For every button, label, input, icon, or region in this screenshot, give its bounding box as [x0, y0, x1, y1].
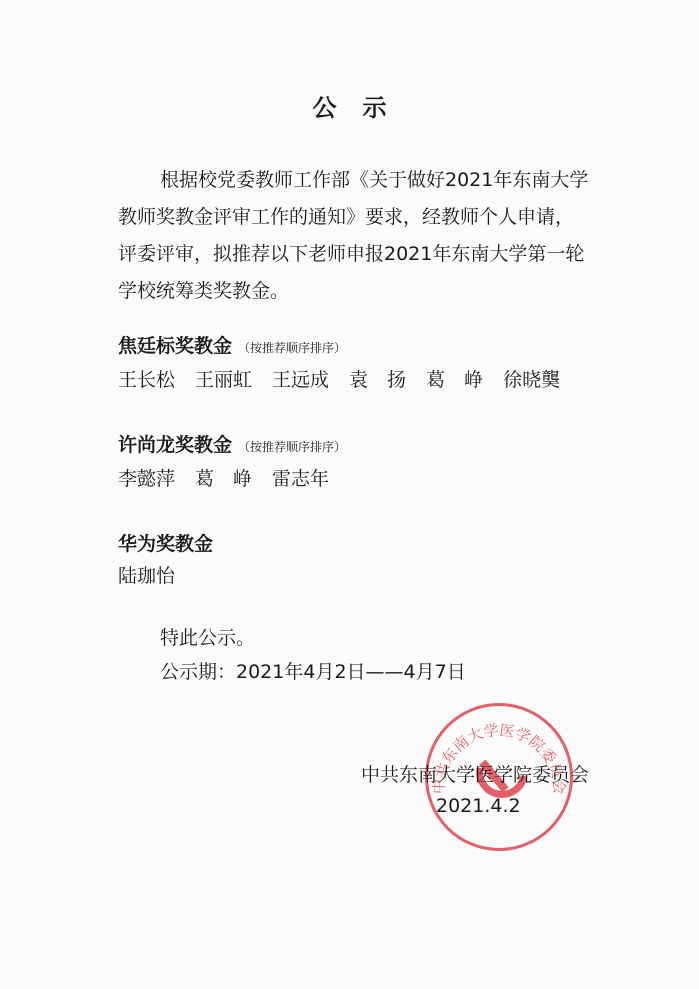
intro-line-3: 评委评审，拟推荐以下老师申报2021年东南大学第一轮: [118, 236, 608, 273]
signature-org: 中共东南大学医学院委员会: [361, 760, 589, 787]
name-item: 徐晓龑: [503, 369, 560, 391]
name-item: 雷志年: [272, 468, 329, 490]
name-item: 李懿萍: [118, 468, 175, 490]
document-title: 公示: [0, 88, 699, 123]
name-item: 袁 扬: [349, 369, 406, 391]
name-item: 王丽虹: [195, 369, 252, 391]
name-list: 陆珈怡: [118, 559, 213, 593]
intro-line-1: 根据校党委教师工作部《关于做好2021年东南大学: [118, 162, 608, 199]
name-list: 王长松王丽虹王远成袁 扬葛 峥徐晓龑: [118, 363, 580, 397]
intro-paragraph: 根据校党委教师工作部《关于做好2021年东南大学 教师奖教金评审工作的通知》要求…: [118, 162, 608, 310]
name-item: 王远成: [272, 369, 329, 391]
name-item: 王长松: [118, 369, 175, 391]
award-section-huawei: 华为奖教金 陆珈怡: [118, 529, 213, 593]
closing-text: 特此公示。: [160, 622, 255, 654]
intro-line-2: 教师奖教金评审工作的通知》要求，经教师个人申请，: [118, 199, 608, 236]
award-note: （按推荐顺序排序）: [238, 440, 346, 454]
name-item: 陆珈怡: [118, 565, 175, 587]
award-title: 焦廷标奖教金: [118, 335, 232, 357]
award-title: 华为奖教金: [118, 533, 213, 555]
signature-date: 2021.4.2: [436, 795, 521, 817]
name-list: 李懿萍葛 峥雷志年: [118, 462, 349, 496]
award-title: 许尚龙奖教金: [118, 434, 232, 456]
award-section-xushanglong: 许尚龙奖教金（按推荐顺序排序） 李懿萍葛 峥雷志年: [118, 430, 349, 496]
publicity-period: 公示期：2021年4月2日——4月7日: [160, 656, 466, 688]
intro-line-4: 学校统筹类奖教金。: [118, 273, 608, 310]
award-section-jiaotingbiao: 焦廷标奖教金（按推荐顺序排序） 王长松王丽虹王远成袁 扬葛 峥徐晓龑: [118, 331, 580, 397]
name-item: 葛 峥: [426, 369, 483, 391]
name-item: 葛 峥: [195, 468, 252, 490]
award-note: （按推荐顺序排序）: [238, 341, 346, 355]
